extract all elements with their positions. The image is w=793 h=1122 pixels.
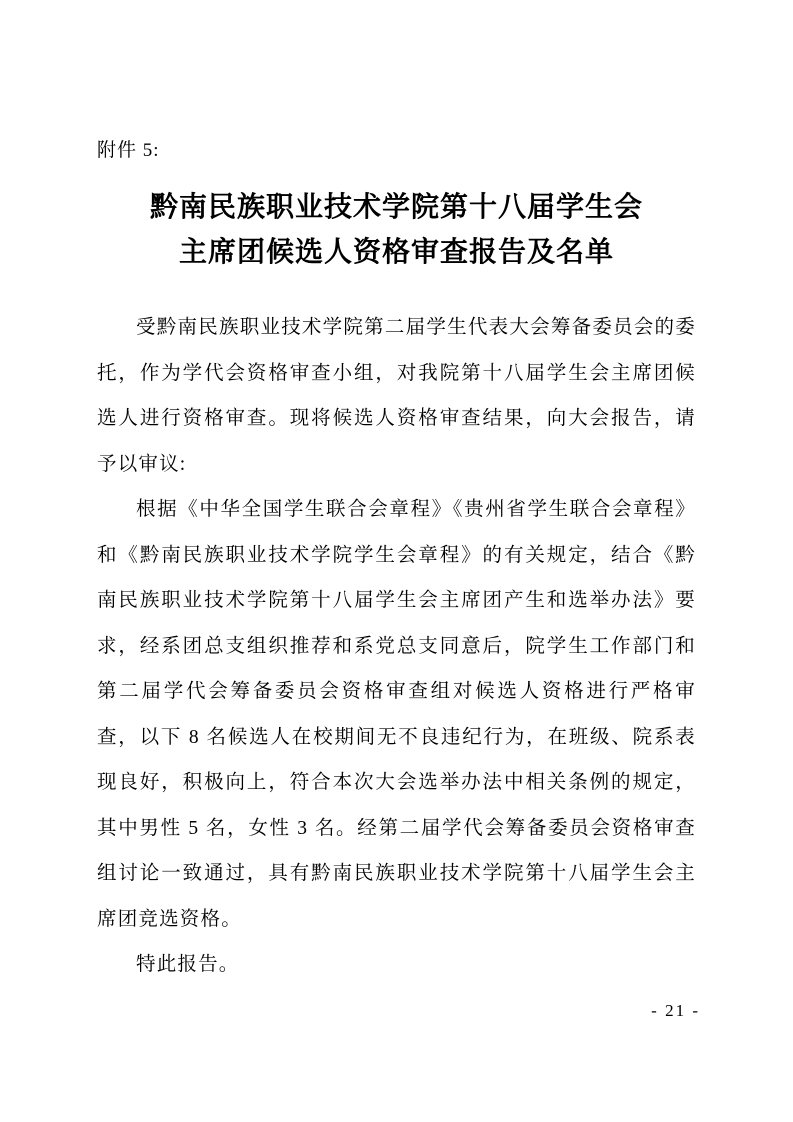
document-body: 受黔南民族职业技术学院第二届学生代表大会筹备委员会的委托，作为学代会资格审查小组… [97, 305, 696, 988]
document-title: 黔南民族职业技术学院第十八届学生会 主席团候选人资格审查报告及名单 [97, 184, 696, 274]
page-number: - 21 - [651, 1001, 700, 1021]
document-title-line-1: 黔南民族职业技术学院第十八届学生会 [97, 184, 696, 229]
attachment-label: 附件 5: [97, 140, 696, 162]
document-page: 附件 5: 黔南民族职业技术学院第十八届学生会 主席团候选人资格审查报告及名单 … [0, 0, 793, 1122]
paragraph-closing: 特此报告。 [97, 942, 696, 988]
paragraph-intro: 受黔南民族职业技术学院第二届学生代表大会筹备委员会的委托，作为学代会资格审查小组… [97, 305, 696, 487]
paragraph-review-result: 根据《中华全国学生联合会章程》《贵州省学生联合会章程》和《黔南民族职业技术学院学… [97, 487, 696, 942]
document-title-line-2: 主席团候选人资格审查报告及名单 [97, 229, 696, 274]
